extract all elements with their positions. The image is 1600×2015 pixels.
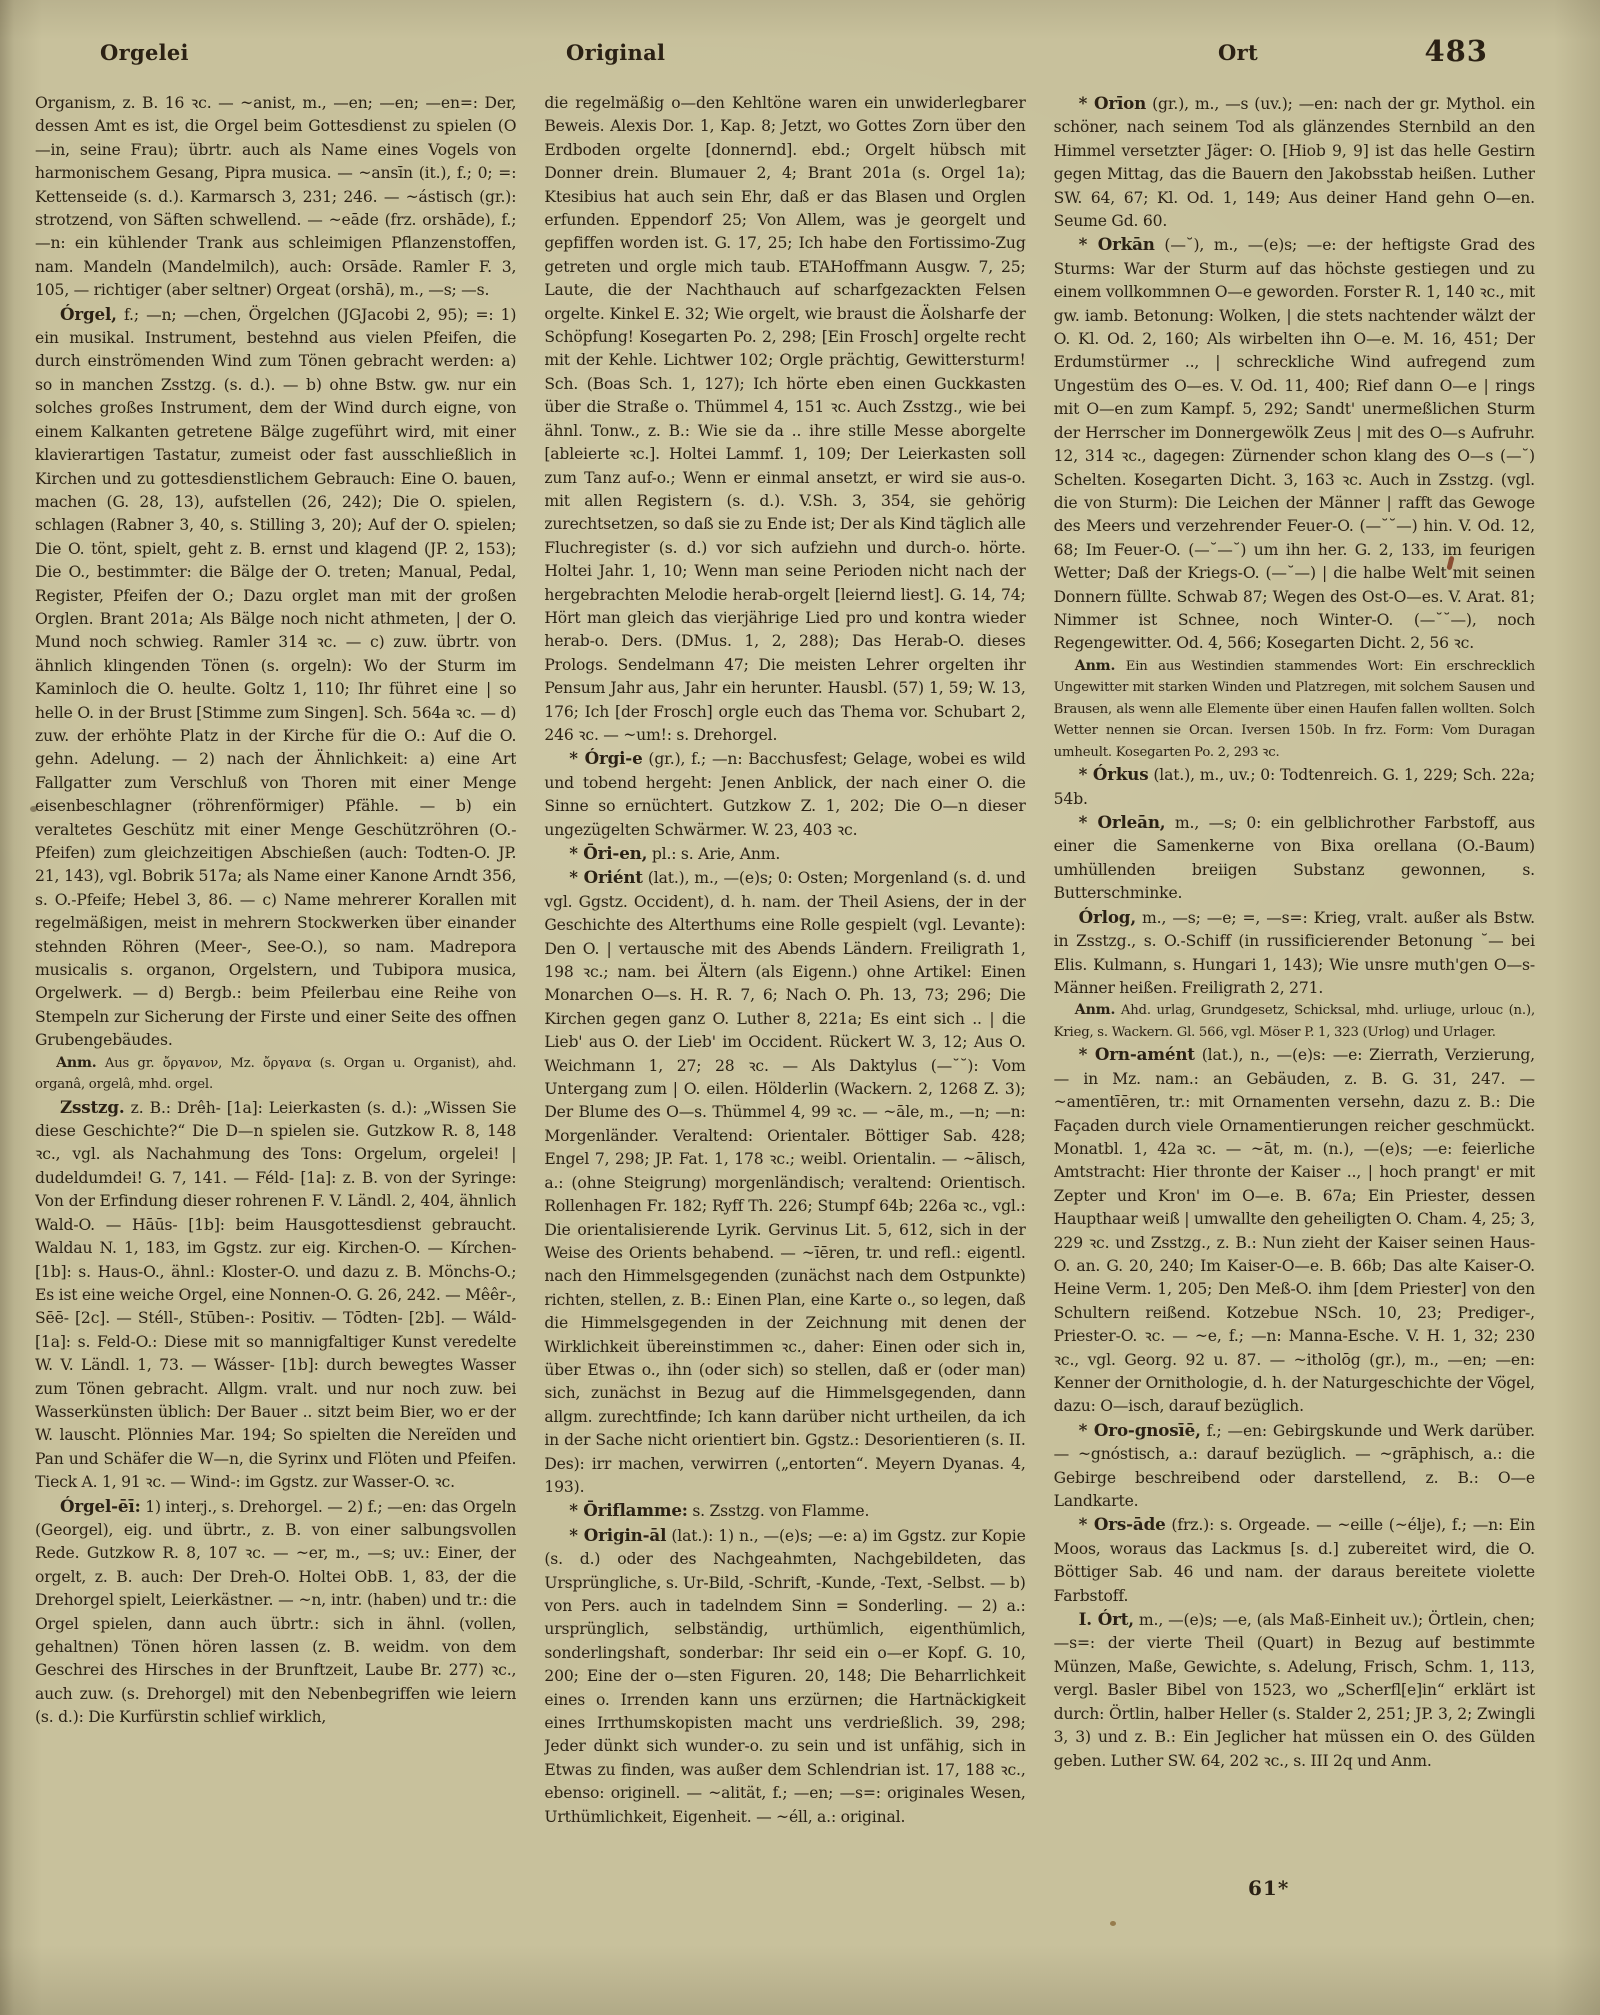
entry-headword: Anm. xyxy=(56,1055,96,1071)
text-column-right: * Orīon (gr.), m., —s (uv.); —en: nach d… xyxy=(1054,92,1535,1884)
entry-headword: I. Órt, xyxy=(1079,1609,1134,1629)
paper-speck xyxy=(1110,1921,1116,1926)
running-head-center-keyword: Original xyxy=(566,40,665,65)
entry-headword: * Orkān xyxy=(1079,234,1155,254)
scanned-dictionary-page: Orgelei Original Ort 483 Organism, z. B.… xyxy=(0,0,1600,2015)
dictionary-paragraph: Órlog, m., —s; —e; =, —s=: Krieg, vralt.… xyxy=(1054,906,1535,1001)
dictionary-paragraph: Órgel, f.; —n; —chen, Örgelchen (JGJacob… xyxy=(35,303,516,1053)
running-head-left-keyword: Orgelei xyxy=(100,40,189,65)
page-number: 483 xyxy=(1424,34,1488,68)
paper-speck xyxy=(30,806,37,812)
dictionary-paragraph: Órgel-ēī: 1) interj., s. Drehorgel. — 2)… xyxy=(35,1495,516,1730)
entry-headword: * Ōri-en, xyxy=(569,843,647,863)
dictionary-paragraph: * Ors-āde (frz.): s. Orgeade. — ~eille (… xyxy=(1054,1513,1535,1608)
dictionary-paragraph: * Orleān, m., —s; 0: ein gelblichrother … xyxy=(1054,811,1535,906)
dictionary-paragraph: Anm. Ein aus Westindien stammendes Wort:… xyxy=(1054,656,1535,764)
dictionary-paragraph: * Orn-amént (lat.), n., —(e)s: —e: Zierr… xyxy=(1054,1043,1535,1419)
entry-headword: * Oriént xyxy=(569,867,643,887)
dictionary-paragraph: * Oro-gnosīē, f.; —en: Gebirgskunde und … xyxy=(1054,1419,1535,1514)
entry-headword: Órgel-ēī: xyxy=(60,1496,141,1516)
running-head: Orgelei Original Ort 483 xyxy=(0,40,1600,70)
entry-headword: * Ors-āde xyxy=(1079,1514,1166,1534)
entry-headword: * Órgi-e xyxy=(569,748,642,768)
dictionary-paragraph: Zsstzg. z. B.: Drêh- [1a]: Leierkasten (… xyxy=(35,1096,516,1495)
dictionary-paragraph: Anm. Aus gr. ὄργανον, Mz. ὄργανα (s. Org… xyxy=(35,1053,516,1096)
sheet-signature: 61* xyxy=(1248,1876,1289,1900)
dictionary-paragraph: * Ōriflamme: s. Zsstzg. von Flamme. xyxy=(544,1499,1025,1523)
entry-headword: Anm. xyxy=(1075,658,1115,674)
dictionary-paragraph: * Órgi-e (gr.), f.; —n: Bacchusfest; Gel… xyxy=(544,747,1025,842)
entry-headword: Órlog, xyxy=(1079,907,1136,927)
entry-headword: * Origin-āl xyxy=(569,1525,666,1545)
dictionary-paragraph: * Origin-āl (lat.): 1) n., —(e)s; —e: a)… xyxy=(544,1524,1025,1829)
text-body: Organism, z. B. 16 ꝛc. — ~anist, m., —en… xyxy=(35,92,1535,1884)
entry-headword: * Orleān, xyxy=(1079,812,1166,832)
entry-headword: * Orn-amént xyxy=(1079,1044,1195,1064)
entry-headword: Zsstzg. xyxy=(60,1097,125,1117)
entry-headword: * Ōriflamme: xyxy=(569,1500,688,1520)
entry-headword: Órgel, xyxy=(60,304,117,324)
dictionary-paragraph: * Órkus (lat.), m., uv.; 0: Todtenreich.… xyxy=(1054,763,1535,811)
running-head-right-keyword: Ort xyxy=(1218,40,1258,65)
entry-headword: Anm. xyxy=(1075,1002,1115,1018)
dictionary-paragraph: * Orkān (—˘), m., —(e)s; —e: der heftigs… xyxy=(1054,233,1535,655)
dictionary-paragraph: Organism, z. B. 16 ꝛc. — ~anist, m., —en… xyxy=(35,92,516,303)
dictionary-paragraph: die regelmäßig o—den Kehltöne waren ein … xyxy=(544,92,1025,747)
entry-headword: * Orīon xyxy=(1079,93,1147,113)
dictionary-paragraph: I. Órt, m., —(e)s; —e, (als Maß-Einheit … xyxy=(1054,1608,1535,1773)
text-column-middle: die regelmäßig o—den Kehltöne waren ein … xyxy=(544,92,1025,1884)
dictionary-paragraph: * Ōri-en, pl.: s. Arie, Anm. xyxy=(544,842,1025,866)
text-column-left: Organism, z. B. 16 ꝛc. — ~anist, m., —en… xyxy=(35,92,516,1884)
dictionary-paragraph: * Orīon (gr.), m., —s (uv.); —en: nach d… xyxy=(1054,92,1535,233)
dictionary-paragraph: * Oriént (lat.), m., —(e)s; 0: Osten; Mo… xyxy=(544,866,1025,1499)
dictionary-paragraph: Anm. Ahd. urlag, Grundgesetz, Schicksal,… xyxy=(1054,1000,1535,1043)
entry-headword: * Oro-gnosīē, xyxy=(1079,1420,1201,1440)
entry-headword: * Órkus xyxy=(1079,764,1149,784)
